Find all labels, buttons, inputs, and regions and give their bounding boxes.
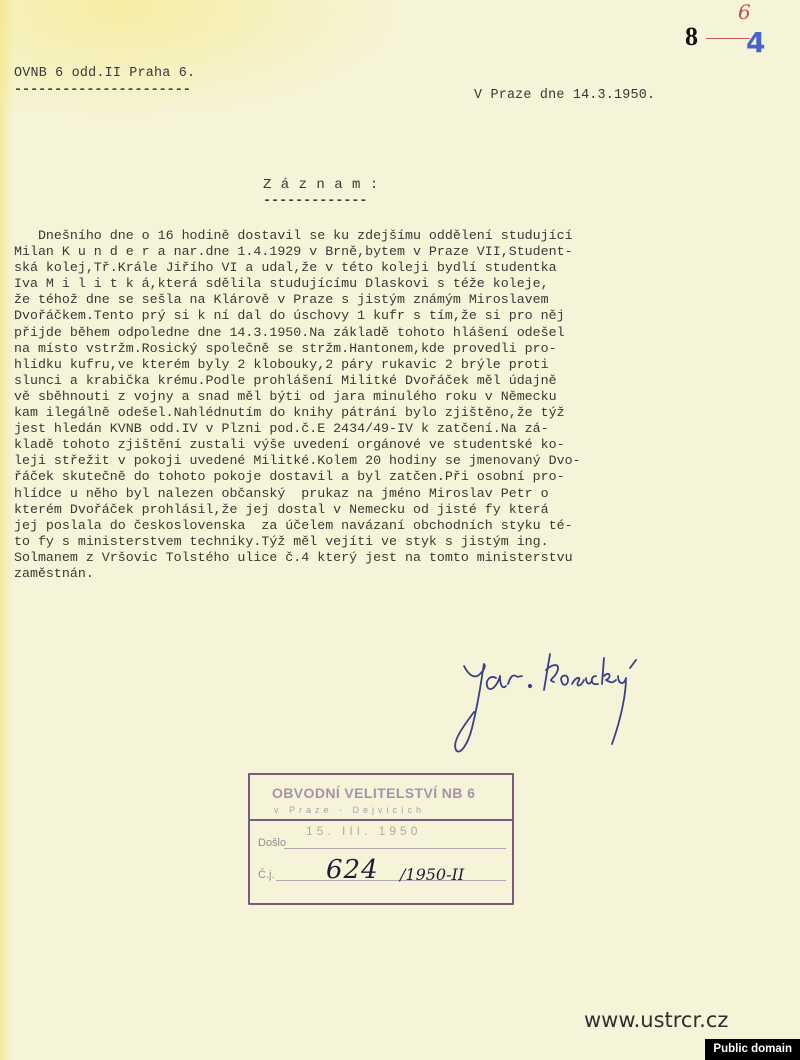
stamp-date: 15. III. 1950 <box>306 824 421 838</box>
stamp-subtitle: v Praze - Dejvicích <box>274 805 425 815</box>
body-line: slunci a krabička krému.Podle prohlášení… <box>14 373 581 389</box>
body-line: kam ilegálně odešel.Nahlédnutím do knihy… <box>14 405 581 421</box>
signature-scribble-icon <box>450 640 750 770</box>
source-watermark: www.ustrcr.cz <box>584 1008 728 1032</box>
license-badge: Public domain <box>705 1039 800 1060</box>
body-line: Iva M i l i t k á,která sdělila studujíc… <box>14 276 581 292</box>
title-underline: ------------- <box>263 194 367 209</box>
body-line: na místo vstržm.Rosický společně se strž… <box>14 341 581 357</box>
header-office: OVNB 6 odd.II Praha 6. <box>14 66 195 81</box>
body-line: hlídce u něho byl nalezen občanský pruka… <box>14 486 581 502</box>
signature <box>450 640 750 775</box>
body-line: vě sběhnouti z vojny a snad měl býti od … <box>14 389 581 405</box>
page-number-strike <box>706 38 750 39</box>
body-line: leji střežit v pokoji uvedené Militké.Ko… <box>14 453 581 469</box>
stamp-title: OBVODNÍ VELITELSTVÍ NB 6 <box>272 785 475 801</box>
stamp-label-reference: Č.j. <box>258 869 275 881</box>
body-line: Solmanem z Vršovic Tolstého ulice č.4 kt… <box>14 550 581 566</box>
header-underline: ---------------------- <box>14 83 191 98</box>
document-page: 8 6 4 OVNB 6 odd.II Praha 6. -----------… <box>0 0 800 1060</box>
body-line: řáček skutečně do tohoto pokoje dostavil… <box>14 469 581 485</box>
document-title: Z á z n a m : <box>263 177 379 193</box>
body-line: jest hledán KVNB odd.IV v Plzni pod.č.E … <box>14 421 581 437</box>
page-number-pencil: 6 <box>738 0 751 24</box>
body-line: ská kolej,Tř.Krále Jiřího VI a udal,že v… <box>14 260 581 276</box>
stamp-divider <box>250 819 512 821</box>
registry-stamp: OBVODNÍ VELITELSTVÍ NB 6 v Praze - Dejvi… <box>248 773 514 905</box>
body-line: zaměstnán. <box>14 566 581 582</box>
document-body: Dnešního dne o 16 hodině dostavil se ku … <box>14 228 581 582</box>
stamp-label-received: Došlo <box>258 837 286 849</box>
body-line: to fy s ministerstvem techniky.Týž měl v… <box>14 534 581 550</box>
body-line: Milan K u n d e r a nar.dne 1.4.1929 v B… <box>14 244 581 260</box>
page-number: 8 <box>685 22 698 52</box>
body-line: hlídku kufru,ve kterém byly 2 klobouky,2… <box>14 357 581 373</box>
body-line: přijde během odpoledne dne 14.3.1950.Na … <box>14 325 581 341</box>
stamp-reference-year: /1950-II <box>400 865 464 884</box>
page-number-blue: 4 <box>746 26 765 59</box>
stamp-line-received <box>284 848 506 849</box>
body-line: Dvořáčkem.Tento prý si k ní dal do úscho… <box>14 308 581 324</box>
body-line: kladě tohoto zjištění zustali výše uvede… <box>14 437 581 453</box>
body-line: Dnešního dne o 16 hodině dostavil se ku … <box>14 228 581 244</box>
body-line: jej poslala do československa za účelem … <box>14 518 581 534</box>
body-line: kterém Dvořáček prohlásil,že jej dostal … <box>14 502 581 518</box>
date-line: V Praze dne 14.3.1950. <box>474 88 655 103</box>
stamp-reference-number: 624 <box>326 855 379 885</box>
stamp-line-reference <box>276 880 506 881</box>
body-line: že téhož dne se sešla na Klárově v Praze… <box>14 292 581 308</box>
